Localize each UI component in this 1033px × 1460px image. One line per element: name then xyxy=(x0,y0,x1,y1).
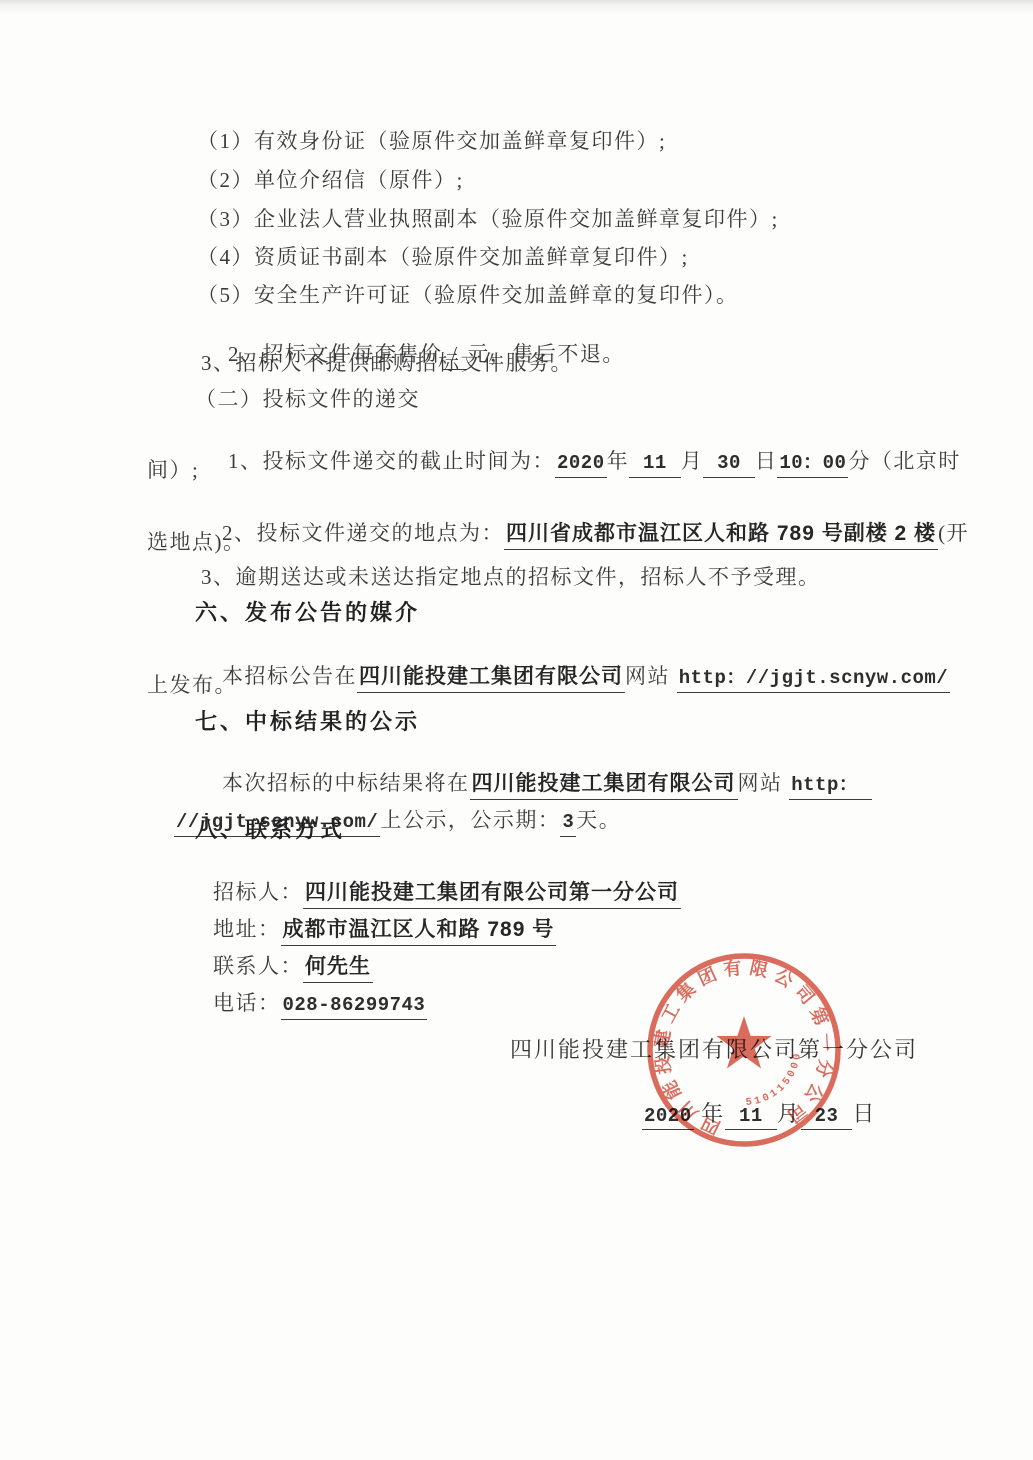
text-segment: 网站 xyxy=(738,770,790,796)
company-name: 四川能投建工集团有限公司 xyxy=(357,664,625,692)
text-segment: 日 xyxy=(852,1100,876,1128)
doc-line-phone: 电话：028-86299743 xyxy=(186,964,427,1046)
text-segment: 选地点)。 xyxy=(147,529,246,555)
doc-line-item-4: （4）资质证书副本（验原件交加盖鲜章复印件）; xyxy=(197,244,689,270)
text-segment: 本招标公告在 xyxy=(222,663,357,689)
scanned-document-page: （1）有效身份证（验原件交加盖鲜章复印件）; （2）单位介绍信（原件）; （3）… xyxy=(0,0,1033,1460)
website-url-http: http： xyxy=(789,774,872,800)
text-segment: （二）投标文件的递交 xyxy=(195,386,420,412)
text-segment: 天。 xyxy=(576,807,621,833)
text-segment: 上发布。 xyxy=(147,672,237,698)
text-segment: 1、投标文件递交的截止时间为： xyxy=(228,448,555,474)
text-segment: （1）有效身份证（验原件交加盖鲜章复印件）; xyxy=(197,128,666,154)
doc-line-item-1: （1）有效身份证（验原件交加盖鲜章复印件）; xyxy=(197,128,666,154)
deadline-month: 11 xyxy=(629,452,681,478)
text-segment: （3）企业法人营业执照副本（验原件交加盖鲜章复印件）; xyxy=(197,206,779,232)
publicity-days: 3 xyxy=(560,811,576,837)
text-segment: 上公示，公示期： xyxy=(380,807,560,833)
heading-section-7: 七、中标结果的公示 xyxy=(195,708,420,736)
field-label: 电话： xyxy=(213,990,281,1016)
heading-text: 七、中标结果的公示 xyxy=(195,708,420,736)
text-segment: 分（北京时 xyxy=(848,448,961,474)
doc-line-deadline: 1、投标文件递交的截止时间为：2020年 11 月 30 日10：00分（北京时 xyxy=(201,422,961,504)
text-segment: （4）资质证书副本（验原件交加盖鲜章复印件）; xyxy=(197,244,689,270)
text-segment: （5）安全生产许可证（验原件交加盖鲜章的复印件）。 xyxy=(197,282,739,308)
deadline-day: 30 xyxy=(703,452,755,478)
scan-edge-artifact xyxy=(0,0,1033,16)
deadline-year: 2020 xyxy=(555,452,607,478)
text-segment: 3、招标人不提供邮购招标文件服务。 xyxy=(201,350,573,376)
text-segment: 年 xyxy=(607,448,630,474)
heading-text: 六、发布公告的媒介 xyxy=(195,599,420,627)
doc-line-item-3: （3）企业法人营业执照副本（验原件交加盖鲜章复印件）; xyxy=(197,206,779,232)
heading-section-6: 六、发布公告的媒介 xyxy=(195,599,420,627)
doc-line-late-delivery: 3、逾期送达或未送达指定地点的招标文件，招标人不予受理。 xyxy=(201,564,821,590)
text-segment: (开 xyxy=(938,520,969,546)
text-segment: 3、逾期送达或未送达指定地点的招标文件，招标人不予受理。 xyxy=(201,564,821,590)
text-segment: 网站 xyxy=(625,663,677,689)
heading-text: 八、联系方式 xyxy=(195,816,345,844)
doc-line-deadline-wrap: 间）; xyxy=(147,457,199,483)
doc-line-announce-media: 本招标公告在四川能投建工集团有限公司网站 http：//jgjt.scnyw.c… xyxy=(195,637,950,719)
phone-number: 028-86299743 xyxy=(281,994,428,1020)
deadline-time: 10：00 xyxy=(777,452,848,478)
website-url: http：//jgjt.scnyw.com/ xyxy=(677,667,950,693)
text-segment: 间）; xyxy=(147,457,199,483)
text-segment: 日 xyxy=(755,448,778,474)
doc-line-place-wrap: 选地点)。 xyxy=(147,529,246,555)
company-seal-stamp: 四川能投建工集团有限公司第一分公司 5101150006 xyxy=(643,946,845,1158)
doc-line-item-2: （2）单位介绍信（原件）; xyxy=(197,167,464,193)
text-segment: 月 xyxy=(681,448,704,474)
text-segment: 2、投标文件递交的地点为： xyxy=(222,520,504,546)
star-icon xyxy=(716,1016,771,1069)
heading-section-8: 八、联系方式 xyxy=(195,816,345,844)
doc-line-announce-wrap: 上发布。 xyxy=(147,672,237,698)
doc-line-subsection-2: （二）投标文件的递交 xyxy=(195,386,420,412)
submission-address: 四川省成都市温江区人和路 789 号副楼 2 楼 xyxy=(504,521,938,549)
doc-line-item-5: （5）安全生产许可证（验原件交加盖鲜章的复印件）。 xyxy=(197,282,739,308)
text-segment: （2）单位介绍信（原件）; xyxy=(197,167,464,193)
doc-line-no-mail: 3、招标人不提供邮购招标文件服务。 xyxy=(201,350,573,376)
